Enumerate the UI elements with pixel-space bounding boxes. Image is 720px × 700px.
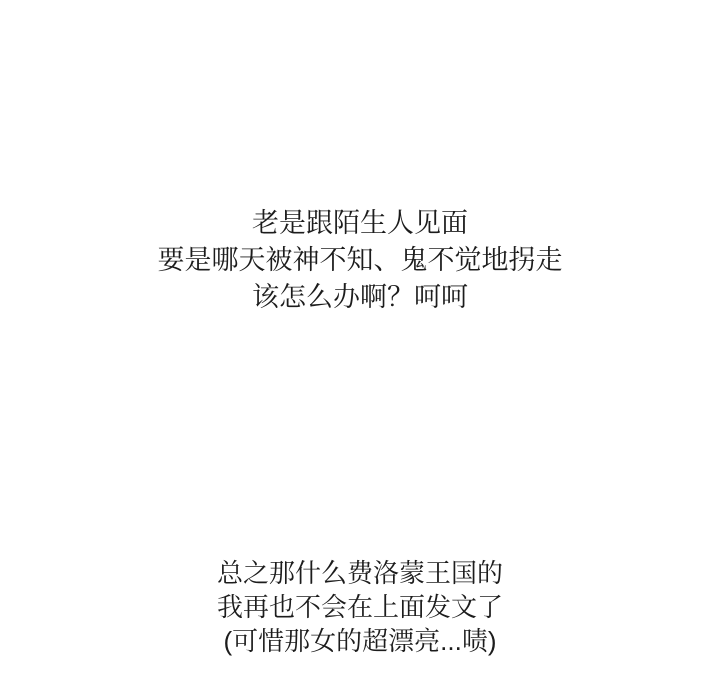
dialogue-line: 老是跟陌生人见面 — [0, 205, 720, 242]
dialogue-line: 该怎么办啊？呵呵 — [0, 279, 720, 316]
dialogue-block-top: 老是跟陌生人见面 要是哪天被神不知、鬼不觉地拐走 该怎么办啊？呵呵 — [0, 205, 720, 316]
dialogue-line: 总之那什么费洛蒙王国的 — [0, 556, 720, 590]
dialogue-block-bottom: 总之那什么费洛蒙王国的 我再也不会在上面发文了 (可惜那女的超漂亮...啧) — [0, 556, 720, 658]
dialogue-line: 我再也不会在上面发文了 — [0, 590, 720, 624]
comic-page: 老是跟陌生人见面 要是哪天被神不知、鬼不觉地拐走 该怎么办啊？呵呵 总之那什么费… — [0, 0, 720, 700]
dialogue-line: (可惜那女的超漂亮...啧) — [0, 624, 720, 658]
dialogue-line: 要是哪天被神不知、鬼不觉地拐走 — [0, 242, 720, 279]
